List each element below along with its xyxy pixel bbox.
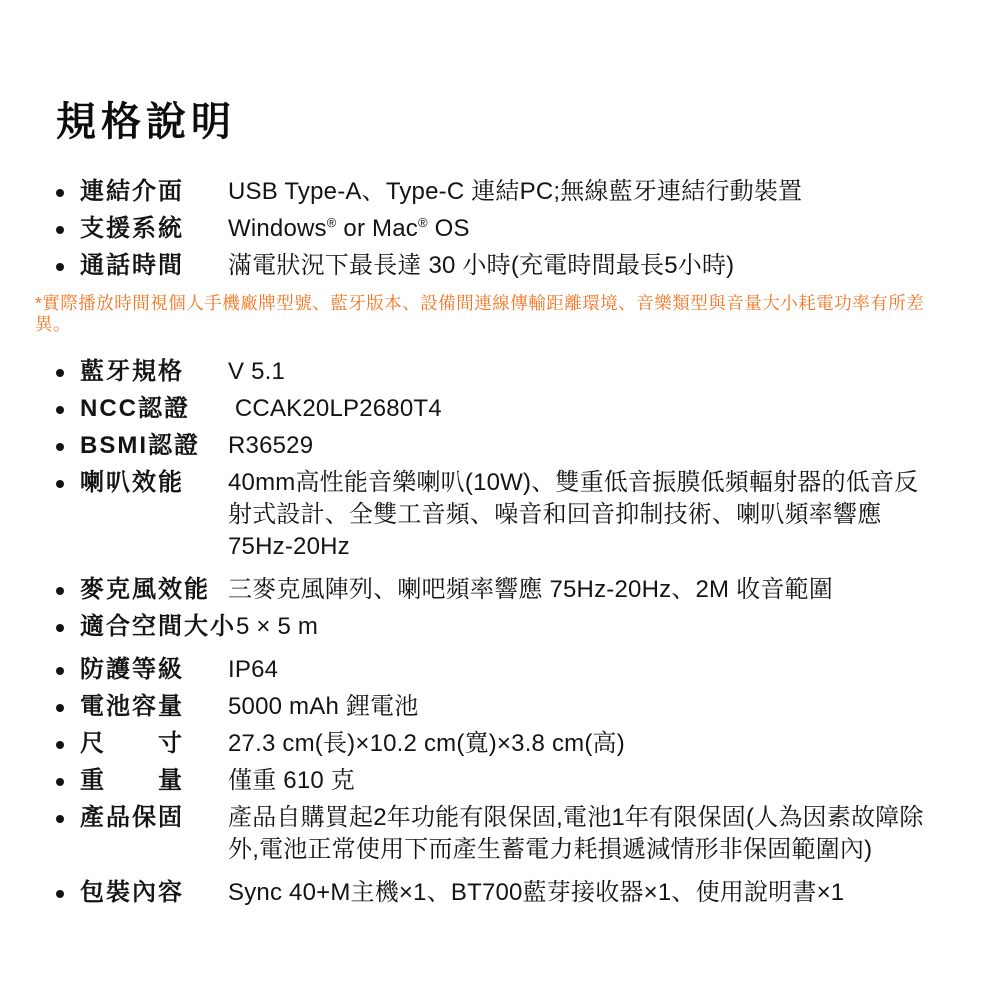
spec-sheet: 規格說明 連結介面 USB Type-A、Type-C 連結PC;無線藍牙連結行… bbox=[0, 0, 1000, 1000]
spec-value: IP64 bbox=[228, 654, 942, 686]
bullet-icon bbox=[56, 815, 64, 823]
bullet-icon bbox=[56, 667, 64, 675]
bullet-icon bbox=[56, 890, 64, 898]
spec-value: Windows® or Mac® OS bbox=[228, 213, 942, 245]
spec-row: 包裝內容 Sync 40+M主機×1、BT700藍芽接收器×1、使用說明書×1 bbox=[56, 877, 942, 909]
bullet-icon bbox=[56, 406, 64, 414]
spec-row: 適合空間大小 5 × 5 m bbox=[56, 611, 942, 643]
spec-row: 產品保固 產品自購買起2年功能有限保固,電池1年有限保固(人為因素故障除外,電池… bbox=[56, 802, 942, 866]
page-title: 規格說明 bbox=[56, 100, 942, 144]
spec-label: 適合空間大小 bbox=[80, 611, 236, 643]
spec-label: 麥克風效能 bbox=[80, 574, 228, 606]
spec-label: 藍牙規格 bbox=[80, 356, 228, 388]
bullet-icon bbox=[56, 189, 64, 197]
spec-value: 27.3 cm(長)×10.2 cm(寬)×3.8 cm(高) bbox=[228, 728, 942, 760]
spec-label: 喇叭效能 bbox=[80, 467, 228, 499]
bullet-icon bbox=[56, 741, 64, 749]
spec-row: 連結介面 USB Type-A、Type-C 連結PC;無線藍牙連結行動裝置 bbox=[56, 176, 942, 208]
spec-row: 麥克風效能 三麥克風陣列、喇吧頻率響應 75Hz-20Hz、2M 收音範圍 bbox=[56, 574, 942, 606]
spec-row: 通話時間 滿電狀況下最長達 30 小時(充電時間最長5小時) bbox=[56, 250, 942, 282]
spec-list-top: 連結介面 USB Type-A、Type-C 連結PC;無線藍牙連結行動裝置 支… bbox=[56, 176, 942, 282]
spec-value: 5000 mAh 鋰電池 bbox=[228, 691, 942, 723]
spec-row: 喇叭效能 40mm高性能音樂喇叭(10W)、雙重低音振膜低頻輻射器的低音反射式設… bbox=[56, 467, 942, 563]
spec-value: Sync 40+M主機×1、BT700藍芽接收器×1、使用說明書×1 bbox=[228, 877, 942, 909]
bullet-icon bbox=[56, 704, 64, 712]
spec-label: 防護等級 bbox=[80, 654, 228, 686]
bullet-icon bbox=[56, 226, 64, 234]
spec-value: 僅重 610 克 bbox=[228, 765, 942, 797]
spec-value: USB Type-A、Type-C 連結PC;無線藍牙連結行動裝置 bbox=[228, 176, 942, 208]
spec-row: 重 量 僅重 610 克 bbox=[56, 765, 942, 797]
spec-label: 支援系統 bbox=[80, 213, 228, 245]
spec-label: 產品保固 bbox=[80, 802, 228, 834]
spec-value: 產品自購買起2年功能有限保固,電池1年有限保固(人為因素故障除外,電池正常使用下… bbox=[228, 802, 942, 866]
bullet-icon bbox=[56, 480, 64, 488]
spec-row: 防護等級 IP64 bbox=[56, 654, 942, 686]
spec-label: 包裝內容 bbox=[80, 877, 228, 909]
spec-label: 通話時間 bbox=[80, 250, 228, 282]
bullet-icon bbox=[56, 587, 64, 595]
spec-row: NCC認證 CCAK20LP2680T4 bbox=[56, 393, 942, 425]
spec-value: CCAK20LP2680T4 bbox=[228, 393, 942, 425]
footnote: *實際播放時間視個人手機廠牌型號、藍牙版本、設備間連線傳輸距離環境、音樂類型與音… bbox=[35, 293, 942, 335]
spec-value: R36529 bbox=[228, 430, 942, 462]
spec-value: V 5.1 bbox=[228, 356, 942, 388]
spec-row: BSMI認證 R36529 bbox=[56, 430, 942, 462]
spec-label: NCC認證 bbox=[80, 393, 228, 425]
spec-label: BSMI認證 bbox=[80, 430, 228, 462]
spec-row: 支援系統 Windows® or Mac® OS bbox=[56, 213, 942, 245]
spec-row: 尺 寸 27.3 cm(長)×10.2 cm(寬)×3.8 cm(高) bbox=[56, 728, 942, 760]
bullet-icon bbox=[56, 263, 64, 271]
spec-value: 三麥克風陣列、喇吧頻率響應 75Hz-20Hz、2M 收音範圍 bbox=[228, 574, 942, 606]
bullet-icon bbox=[56, 624, 64, 632]
spec-label: 尺 寸 bbox=[80, 728, 228, 760]
spec-value: 40mm高性能音樂喇叭(10W)、雙重低音振膜低頻輻射器的低音反射式設計、全雙工… bbox=[228, 467, 942, 563]
bullet-icon bbox=[56, 369, 64, 377]
spec-label: 電池容量 bbox=[80, 691, 228, 723]
bullet-icon bbox=[56, 778, 64, 786]
spec-label: 連結介面 bbox=[80, 176, 228, 208]
spec-label: 重 量 bbox=[80, 765, 228, 797]
bullet-icon bbox=[56, 443, 64, 451]
spec-row: 藍牙規格 V 5.1 bbox=[56, 356, 942, 388]
spec-row: 電池容量 5000 mAh 鋰電池 bbox=[56, 691, 942, 723]
spec-value: 5 × 5 m bbox=[236, 611, 942, 643]
spec-value: 滿電狀況下最長達 30 小時(充電時間最長5小時) bbox=[228, 250, 942, 282]
spec-list-bottom: 藍牙規格 V 5.1 NCC認證 CCAK20LP2680T4 BSMI認證 R… bbox=[56, 356, 942, 909]
